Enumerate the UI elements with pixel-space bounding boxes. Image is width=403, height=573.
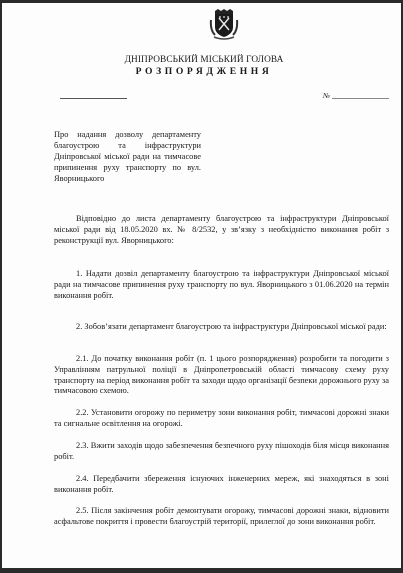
coat-of-arms-icon xyxy=(209,8,239,41)
item-2-4-paragraph: 2.4. Передбачити збереження існуючих інж… xyxy=(54,474,389,496)
item-2-2-paragraph: 2.2. Установити огорожу по периметру зон… xyxy=(54,408,389,430)
date-field-line xyxy=(60,98,127,99)
document-subject: Про надання дозволу департаменту благоус… xyxy=(54,130,201,185)
number-field-line xyxy=(332,98,389,99)
item-2-paragraph: 2. Зобов’язати департамент благоустрою т… xyxy=(54,322,389,333)
item-2-3-paragraph: 2.3. Вжити заходів щодо забезпечення без… xyxy=(54,441,389,463)
preamble-paragraph: Відповідно до листа департаменту благоус… xyxy=(54,214,389,246)
number-label: № xyxy=(323,91,330,100)
document-page: ДНІПРОВСЬКИЙ МІСЬКИЙ ГОЛОВА РОЗПОРЯДЖЕНН… xyxy=(2,3,401,568)
document-type-title: РОЗПОРЯДЖЕННЯ xyxy=(2,66,401,77)
item-2-5-paragraph: 2.5. Після закінчення робіт демонтувати … xyxy=(54,506,389,528)
authority-title: ДНІПРОВСЬКИЙ МІСЬКИЙ ГОЛОВА xyxy=(2,55,401,65)
item-2-1-paragraph: 2.1. До початку виконання робіт (п. 1 ць… xyxy=(54,354,389,397)
item-1-paragraph: 1. Надати дозвіл департаменту благоустро… xyxy=(54,269,389,301)
